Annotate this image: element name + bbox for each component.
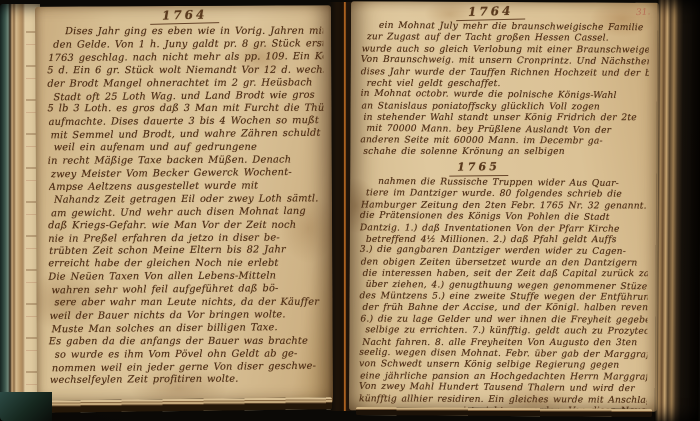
handwriting-line: künfftig allhier residiren. Ein gleiches… — [359, 394, 647, 407]
handwriting-line: Dantzig. 1.) daß Inventationen Von der P… — [360, 223, 648, 236]
right-page-edges — [655, 0, 700, 421]
handwriting-line: in stehender Wahl standt unser König Fri… — [363, 113, 648, 125]
handwriting-line: Ampse Aeltzens ausgestellet wurde mit — [49, 180, 324, 195]
handwriting-line: an Stanislaus poniatoffscky glücklich Vo… — [361, 101, 648, 113]
handwriting-line: den obigen Zeiten übersetzet wurde an de… — [361, 257, 648, 269]
right-year-subheading-text: 1765 — [449, 160, 508, 177]
right-page: 31. 1764 ein Mohnat July mehr die brauns… — [349, 1, 659, 412]
handwriting-line: über ziehen, 4.) genugthuung wegen genom… — [366, 279, 648, 293]
right-page-text-1764: ein Mohnat July mehr die braunschweigisc… — [360, 21, 649, 159]
handwriting-line: seelig. wegen disen Mohnat. Febr. über g… — [359, 348, 647, 362]
right-page-text-1765: nahmen die Russische Truppen wider Aus Q… — [359, 177, 648, 418]
handwriting-line: Dises Jahr ging es eben wie in Vorig. Ja… — [65, 26, 323, 39]
handwriting-line: 6.) die zu lage Gelder und wer ihnen die… — [360, 314, 647, 326]
handwriting-line: der früh Bahne der Accise, und der König… — [362, 303, 647, 315]
handwriting-line: dises Jahr wurde der Tauffen Richnen Hoc… — [361, 67, 649, 80]
handwriting-line: wechselfeylen Zeit profitiren wolte. — [50, 373, 325, 388]
handwriting-line: Muste Man solches an diser billigen Taxe… — [52, 322, 325, 338]
handwriting-line: zur Zugast auf der Tacht großen Hessen C… — [367, 33, 649, 46]
right-year-subheading: 1765 — [360, 159, 648, 177]
page-number: 31. — [635, 7, 650, 18]
left-page-edges — [0, 4, 40, 410]
handwriting-line: schahe die solenne Krönung an selbigen — [363, 147, 648, 159]
handwriting-line: daß Kriegs-Gefahr. wie Man Vor der Zeit … — [48, 219, 324, 232]
handwriting-line: erreicht habe der gleichen Noch nie erle… — [48, 258, 324, 271]
left-page: 1764 Dises Jahr ging es eben wie in Vori… — [35, 5, 333, 405]
right-year-heading-text: 1764 — [456, 4, 526, 22]
handwriting-line: Es gaben da die anfangs der Bauer was br… — [49, 335, 325, 348]
handwriting-line: ein Mohnat July mehr die braunschweigisc… — [379, 21, 649, 35]
manuscript-photo: 1764 Dises Jahr ging es eben wie in Vori… — [0, 0, 700, 421]
bottom-page-edges-left — [34, 397, 332, 413]
handwriting-line: 1763 geschlag. nach nicht mehr als pp. 1… — [48, 51, 323, 66]
handwriting-line: weil ein aufenam und auf gedrungene — [54, 142, 324, 155]
handwriting-line: tiere im Dantziger wurde. 80 folgendes s… — [366, 189, 648, 202]
right-year-heading: 1764 — [361, 3, 649, 21]
handwriting-line: selbige zu errichten. 7.) künfftig. geld… — [365, 325, 647, 338]
handwriting-line: 5 d. Ein 6 gr. Stück wolt Niemandt Vor 1… — [47, 64, 323, 77]
handwriting-line: am gewicht. Und wehr auch disen Mohnat l… — [51, 205, 324, 221]
left-year-heading-text: 1764 — [150, 7, 220, 25]
handwriting-line: mit 70000 Mann. bey Prüßlene Auslandt Vo… — [366, 123, 648, 137]
handwriting-line: sere aber wahr man Leute nichts, da der … — [55, 297, 325, 310]
handwriting-line: von Schwedt unsern König selbige Regieru… — [359, 360, 647, 373]
left-year-heading: 1764 — [47, 7, 323, 24]
book-cover-corner — [0, 392, 52, 421]
handwriting-line: nahmen die Russische Truppen wider Aus Q… — [378, 177, 648, 191]
handwriting-line: die interessen haben, seit der Zeit daß … — [363, 269, 648, 281]
left-page-text: Dises Jahr ging es eben wie in Vorig. Ja… — [47, 25, 325, 388]
